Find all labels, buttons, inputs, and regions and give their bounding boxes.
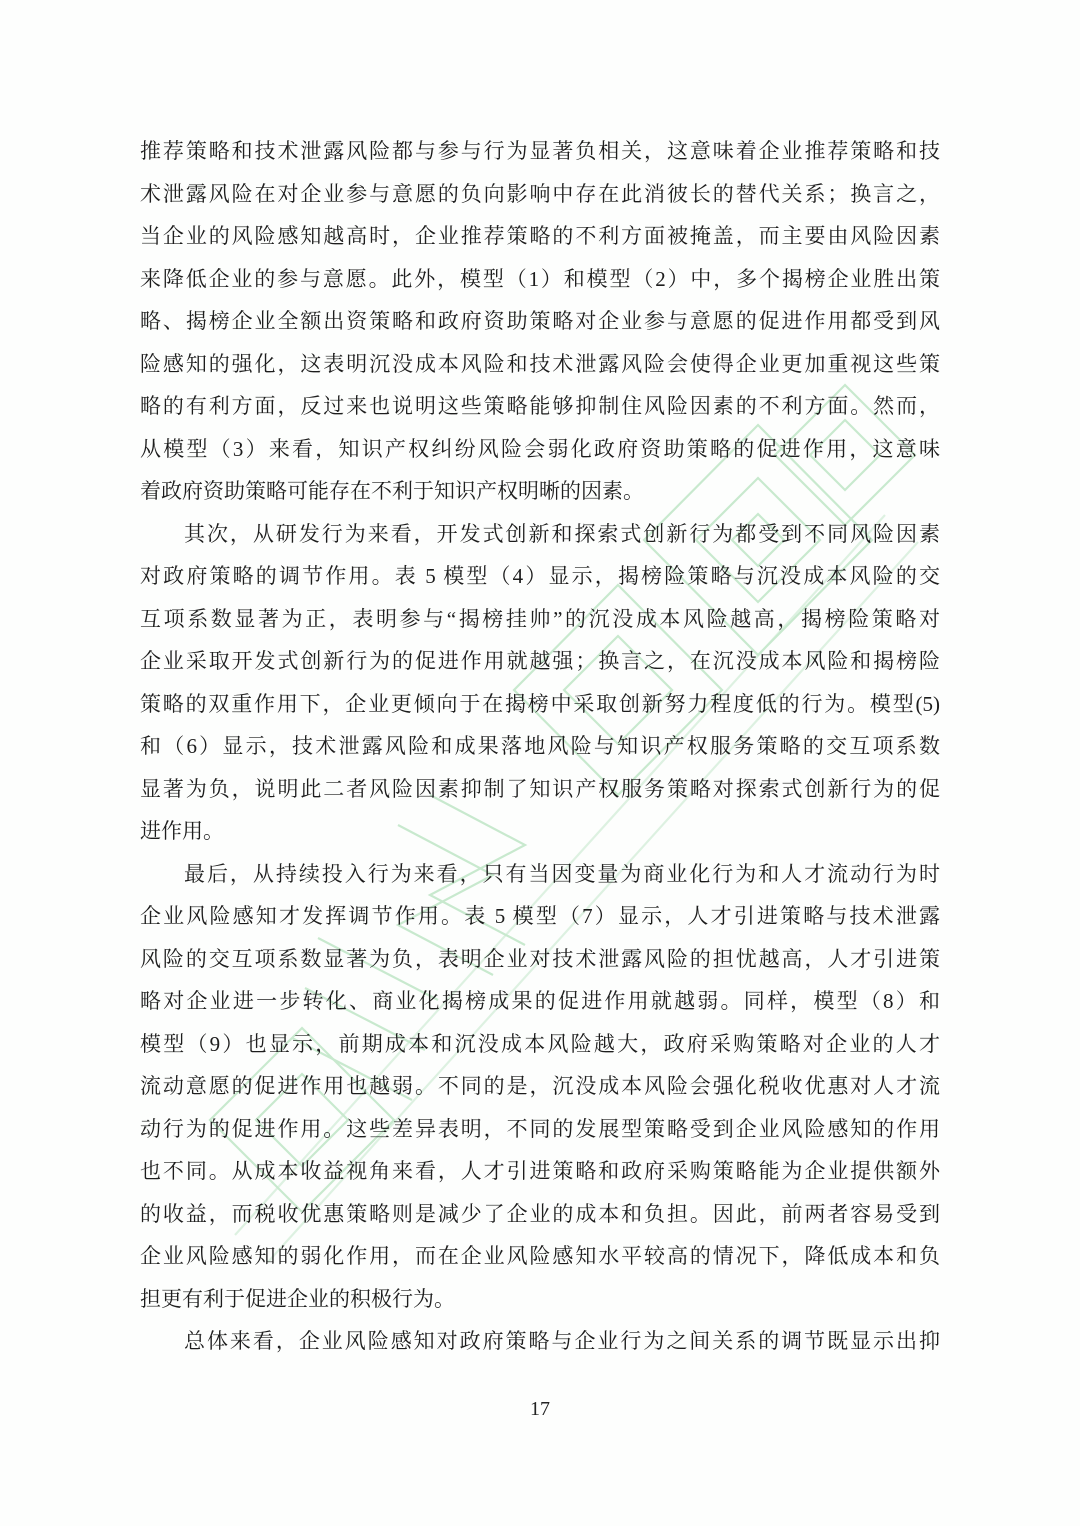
text-line: 着政府资助策略可能存在不利于知识产权明晰的因素。 — [140, 470, 940, 513]
text-line: 最后，从持续投入行为来看，只有当因变量为商业化行为和人才流动行为时 — [140, 853, 940, 896]
text-line: 险感知的强化，这表明沉没成本风险和技术泄露风险会使得企业更加重视这些策 — [140, 343, 940, 386]
text-line: 总体来看，企业风险感知对政府策略与企业行为之间关系的调节既显示出抑 — [140, 1320, 940, 1363]
text-line: 略对企业进一步转化、商业化揭榜成果的促进作用就越弱。同样，模型（8）和 — [140, 980, 940, 1023]
page-number: 17 — [0, 1398, 1080, 1421]
text-line: 显著为负，说明此二者风险因素抑制了知识产权服务策略对探索式创新行为的促 — [140, 768, 940, 811]
document-page: 推荐策略和技术泄露风险都与参与行为显著负相关，这意味着企业推荐策略和技术泄露风险… — [0, 0, 1080, 1526]
text-line: 对政府策略的调节作用。表 5 模型（4）显示，揭榜险策略与沉没成本风险的交 — [140, 555, 940, 598]
text-line: 和（6）显示，技术泄露风险和成果落地风险与知识产权服务策略的交互项系数 — [140, 725, 940, 768]
document-body: 推荐策略和技术泄露风险都与参与行为显著负相关，这意味着企业推荐策略和技术泄露风险… — [140, 130, 940, 1363]
text-line: 略的有利方面，反过来也说明这些策略能够抑制住风险因素的不利方面。然而， — [140, 385, 940, 428]
text-line: 也不同。从成本收益视角来看，人才引进策略和政府采购策略能为企业提供额外 — [140, 1150, 940, 1193]
text-line: 术泄露风险在对企业参与意愿的负向影响中存在此消彼长的替代关系；换言之， — [140, 173, 940, 216]
text-line: 其次，从研发行为来看，开发式创新和探索式创新行为都受到不同风险因素 — [140, 513, 940, 556]
text-line: 动行为的促进作用。这些差异表明，不同的发展型策略受到企业风险感知的作用 — [140, 1108, 940, 1151]
text-line: 当企业的风险感知越高时，企业推荐策略的不利方面被掩盖，而主要由风险因素 — [140, 215, 940, 258]
text-line: 策略的双重作用下，企业更倾向于在揭榜中采取创新努力程度低的行为。模型(5) — [140, 683, 940, 726]
text-line: 来降低企业的参与意愿。此外，模型（1）和模型（2）中，多个揭榜企业胜出策 — [140, 258, 940, 301]
text-line: 从模型（3）来看，知识产权纠纷风险会弱化政府资助策略的促进作用，这意味 — [140, 428, 940, 471]
text-line: 企业风险感知的弱化作用，而在企业风险感知水平较高的情况下，降低成本和负 — [140, 1235, 940, 1278]
text-line: 担更有利于促进企业的积极行为。 — [140, 1278, 940, 1321]
text-line: 模型（9）也显示，前期成本和沉没成本风险越大，政府采购策略对企业的人才 — [140, 1023, 940, 1066]
text-line: 进作用。 — [140, 810, 940, 853]
text-line: 流动意愿的促进作用也越弱。不同的是，沉没成本风险会强化税收优惠对人才流 — [140, 1065, 940, 1108]
text-line: 互项系数显著为正，表明参与“揭榜挂帅”的沉没成本风险越高，揭榜险策略对 — [140, 598, 940, 641]
text-line: 略、揭榜企业全额出资策略和政府资助策略对企业参与意愿的促进作用都受到风 — [140, 300, 940, 343]
text-line: 企业采取开发式创新行为的促进作用就越强；换言之，在沉没成本风险和揭榜险 — [140, 640, 940, 683]
text-line: 企业风险感知才发挥调节作用。表 5 模型（7）显示，人才引进策略与技术泄露 — [140, 895, 940, 938]
text-line: 风险的交互项系数显著为负，表明企业对技术泄露风险的担忧越高，人才引进策 — [140, 938, 940, 981]
text-line: 推荐策略和技术泄露风险都与参与行为显著负相关，这意味着企业推荐策略和技 — [140, 130, 940, 173]
text-line: 的收益，而税收优惠策略则是减少了企业的成本和负担。因此，前两者容易受到 — [140, 1193, 940, 1236]
